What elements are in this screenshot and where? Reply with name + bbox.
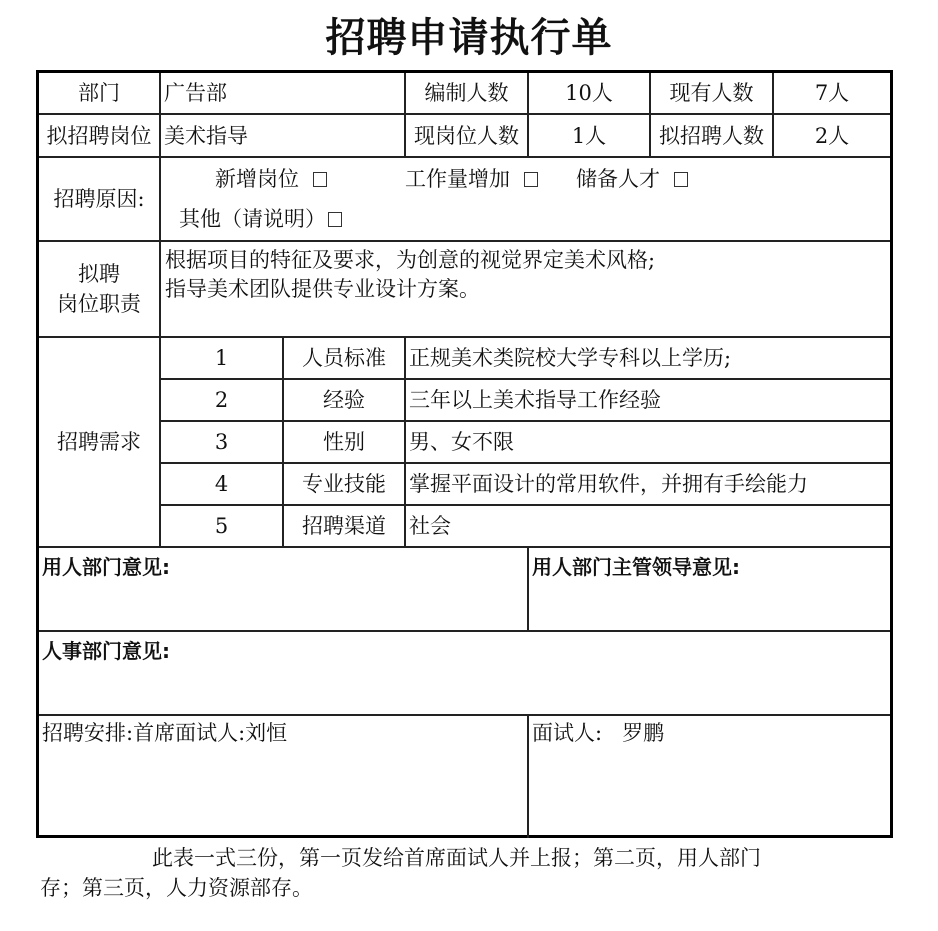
current-count-value[interactable]: 7人 xyxy=(774,73,890,115)
hire-count-value[interactable]: 2人 xyxy=(774,115,890,158)
interviewer-label: 面试人: xyxy=(532,719,602,747)
requirement-no: 2 xyxy=(161,380,284,422)
requirement-item: 性别 xyxy=(284,422,406,464)
current-position-count-value[interactable]: 1人 xyxy=(529,115,651,158)
position-label: 拟招聘岗位 xyxy=(39,115,161,158)
duties-label-line-2: 岗位职责 xyxy=(57,289,141,319)
requirements-label: 招聘需求 xyxy=(39,338,161,548)
reason-other[interactable]: 其他（请说明） xyxy=(179,205,342,233)
duties-line-2: 指导美术团队提供专业设计方案。 xyxy=(165,275,480,304)
arrangement-field[interactable]: 招聘安排: 首席面试人: 刘恒 xyxy=(39,716,529,838)
requirement-item: 专业技能 xyxy=(284,464,406,506)
requirement-value[interactable]: 掌握平面设计的常用软件，并拥有手绘能力 xyxy=(406,464,890,506)
footnote: 此表一式三份，第一页发给首席面试人并上报；第二页，用人部门 存；第三页，人力资源… xyxy=(40,843,890,903)
dept-opinion-label: 用人部门意见: xyxy=(42,553,170,581)
checkbox-icon[interactable] xyxy=(313,172,327,187)
arrangement-label: 招聘安排: xyxy=(42,719,133,747)
requirement-value[interactable]: 三年以上美术指导工作经验 xyxy=(406,380,890,422)
requirement-item: 人员标准 xyxy=(284,338,406,380)
checkbox-icon[interactable] xyxy=(328,212,342,227)
reason-talent-reserve-label: 储备人才 xyxy=(576,165,660,193)
requirement-no: 5 xyxy=(161,506,284,548)
reason-other-label: 其他（请说明） xyxy=(179,205,326,233)
requirement-value[interactable]: 社会 xyxy=(406,506,890,548)
requirement-no: 1 xyxy=(161,338,284,380)
dept-opinion-field[interactable]: 用人部门意见: xyxy=(39,548,529,632)
dept-leader-opinion-label: 用人部门主管领导意见: xyxy=(532,553,740,581)
page-title: 招聘申请执行单 xyxy=(0,12,938,64)
footnote-line-1: 此表一式三份，第一页发给首席面试人并上报；第二页，用人部门 xyxy=(40,843,890,873)
reasons-line-2: 其他（请说明） xyxy=(161,199,342,239)
reason-new-position[interactable]: 新增岗位 xyxy=(215,165,327,193)
requirement-no: 4 xyxy=(161,464,284,506)
current-count-label: 现有人数 xyxy=(651,73,774,115)
checkbox-icon[interactable] xyxy=(524,172,538,187)
interviewer-field[interactable]: 面试人: 罗鹏 xyxy=(529,716,890,838)
footnote-line-2: 存；第三页，人力资源部存。 xyxy=(40,873,890,903)
chief-interviewer-value: 刘恒 xyxy=(245,719,287,747)
hr-opinion-label: 人事部门意见: xyxy=(42,637,170,665)
duties-label: 拟聘 岗位职责 xyxy=(39,242,161,338)
reason-workload-increase-label: 工作量增加 xyxy=(405,165,510,193)
reason-workload-increase[interactable]: 工作量增加 xyxy=(405,165,538,193)
duties-line-1: 根据项目的特征及要求，为创意的视觉界定美术风格; xyxy=(165,246,655,275)
quota-value[interactable]: 10人 xyxy=(529,73,651,115)
reasons-label: 招聘原因: xyxy=(39,158,161,242)
dept-label: 部门 xyxy=(39,73,161,115)
chief-interviewer-label: 首席面试人: xyxy=(133,719,245,747)
reasons-options: 新增岗位 工作量增加 储备人才 其他（请说明） xyxy=(161,158,890,242)
recruitment-form: 部门 广告部 编制人数 10人 现有人数 7人 拟招聘岗位 美术指导 现岗位人数… xyxy=(36,70,893,838)
checkbox-icon[interactable] xyxy=(674,172,688,187)
requirement-value[interactable]: 正规美术类院校大学专科以上学历; xyxy=(406,338,890,380)
reason-talent-reserve[interactable]: 储备人才 xyxy=(576,165,688,193)
quota-label: 编制人数 xyxy=(406,73,529,115)
duties-label-line-1: 拟聘 xyxy=(78,259,120,289)
dept-value[interactable]: 广告部 xyxy=(161,73,406,115)
duties-value[interactable]: 根据项目的特征及要求，为创意的视觉界定美术风格; 指导美术团队提供专业设计方案。 xyxy=(161,242,890,338)
requirement-value[interactable]: 男、女不限 xyxy=(406,422,890,464)
current-position-count-label: 现岗位人数 xyxy=(406,115,529,158)
interviewer-value: 罗鹏 xyxy=(622,719,664,747)
hr-opinion-field[interactable]: 人事部门意见: xyxy=(39,632,890,716)
reasons-line-1: 新增岗位 工作量增加 储备人才 xyxy=(161,159,688,199)
hire-count-label: 拟招聘人数 xyxy=(651,115,774,158)
requirement-no: 3 xyxy=(161,422,284,464)
position-value[interactable]: 美术指导 xyxy=(161,115,406,158)
reason-new-position-label: 新增岗位 xyxy=(215,165,299,193)
requirement-item: 经验 xyxy=(284,380,406,422)
requirement-item: 招聘渠道 xyxy=(284,506,406,548)
dept-leader-opinion-field[interactable]: 用人部门主管领导意见: xyxy=(529,548,890,632)
